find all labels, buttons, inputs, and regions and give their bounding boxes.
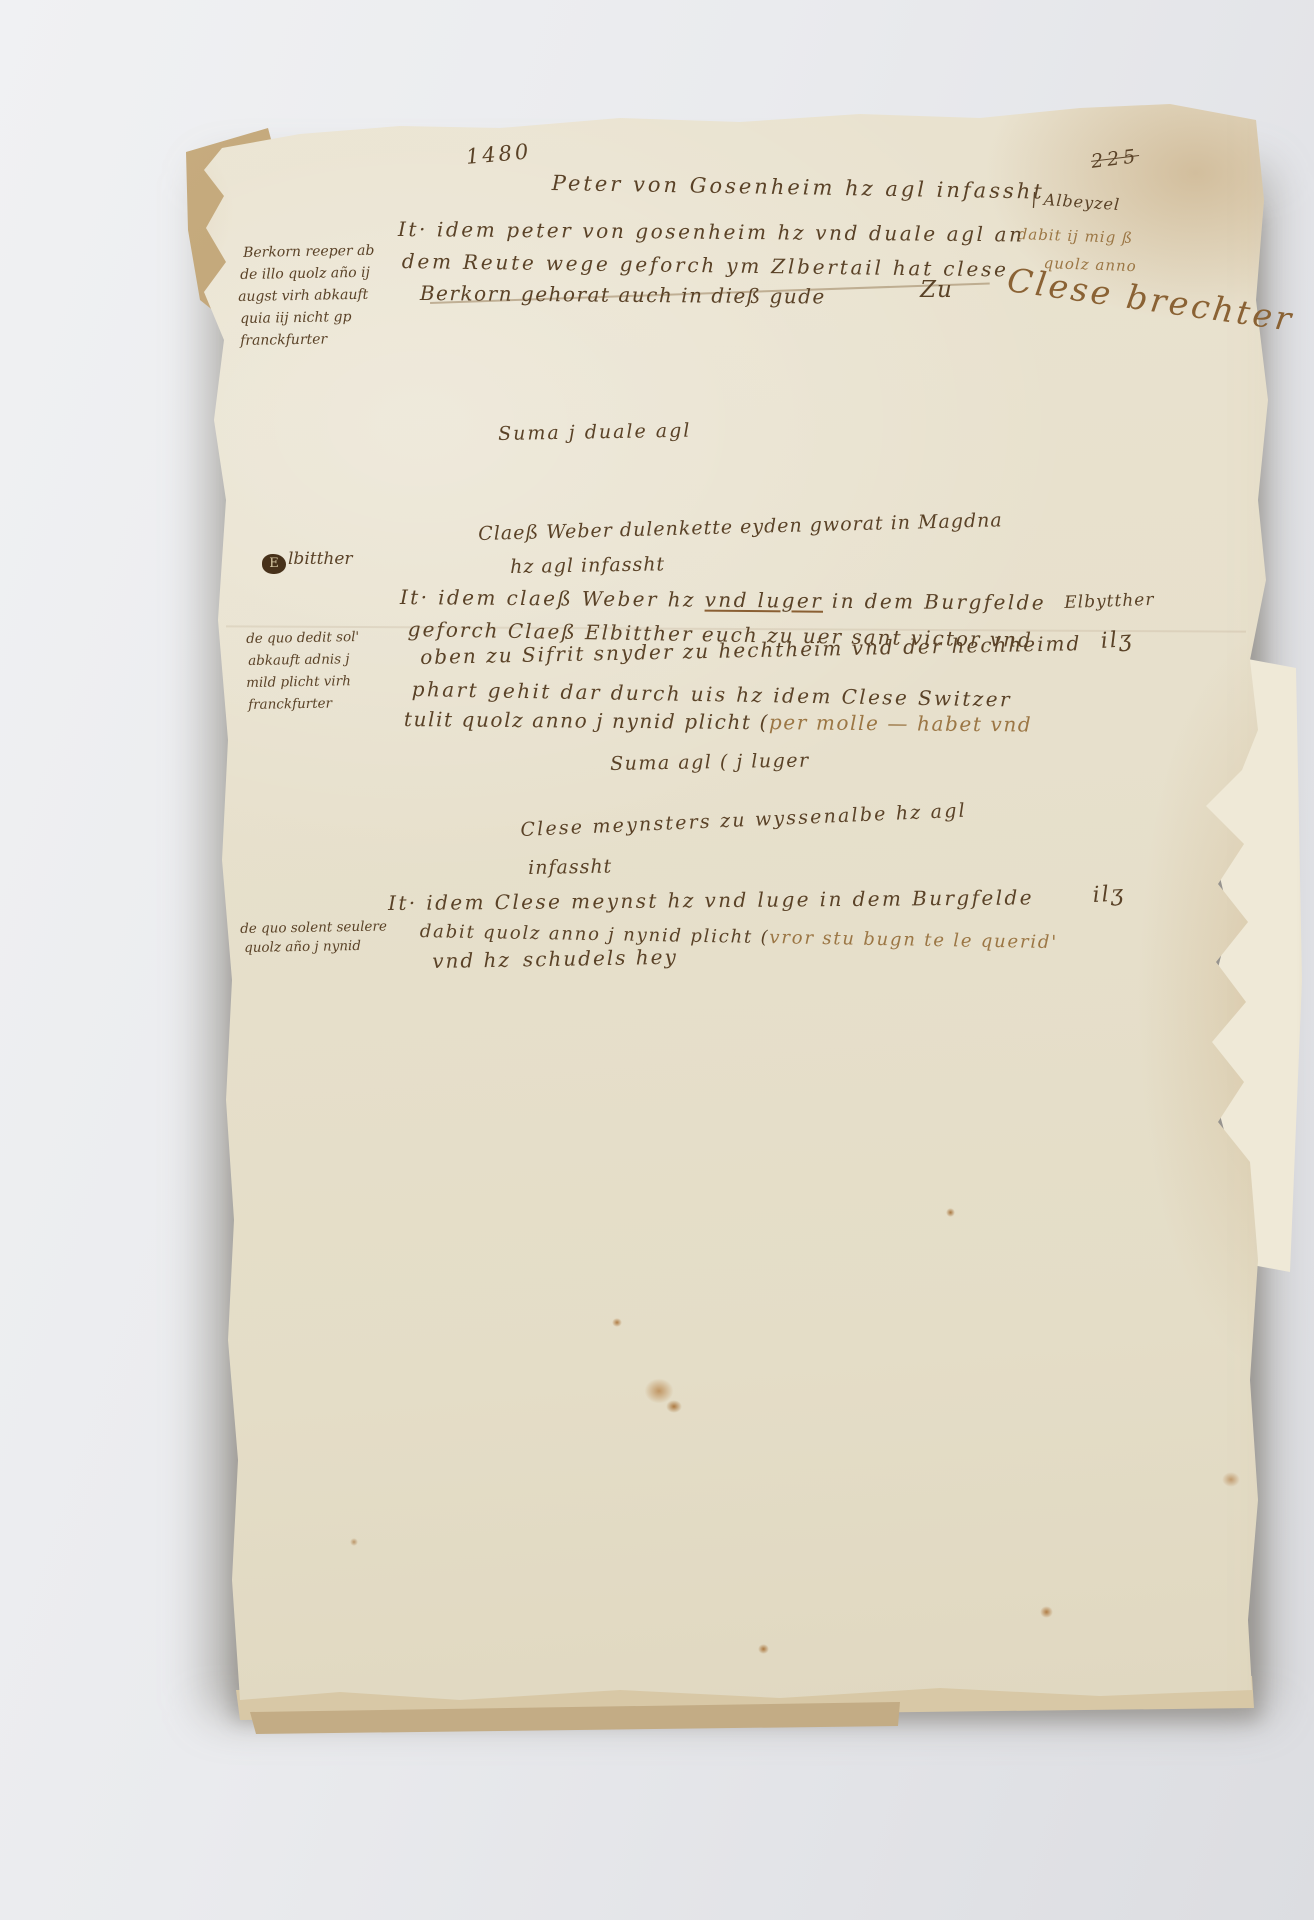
margin-note-line: franckfurter	[248, 697, 332, 713]
margin-note-line: de quo solent seulere	[240, 919, 387, 936]
margin-mark: ilʒ	[1100, 628, 1134, 654]
margin-name-text: lbitther	[288, 549, 353, 569]
entry-line: vnd hz schudels hey	[432, 946, 678, 972]
entry-line-part: tulit quolz anno j nynid plicht (	[404, 707, 769, 734]
margin-note-line: mild plicht virh	[246, 674, 351, 691]
fox-spot	[1040, 1606, 1053, 1618]
margin-note-line: abkauft adnis j	[248, 652, 350, 669]
margin-note-line: quolz año j nynid	[244, 939, 361, 956]
heading-line: infassht	[528, 857, 612, 879]
photograph-backdrop: 1480 Peter von Gosenheim hz agl infassht…	[0, 0, 1314, 1920]
light-ink-phrase: per molle — habet vnd	[769, 710, 1033, 736]
fox-spot	[946, 1208, 955, 1217]
margin-note-line: Berkorn reeper ab	[243, 244, 375, 262]
margin-note-line: de quo dedit sol'	[246, 630, 359, 647]
margin-note-line: de illo quolz año ij	[240, 266, 370, 284]
fox-spot	[350, 1538, 358, 1546]
fox-spot	[758, 1644, 769, 1654]
entry-line: tulit quolz anno j nynid plicht (per mol…	[404, 708, 1033, 735]
zu-inscription: Zu	[920, 278, 953, 303]
underlined-phrase: vnd luger	[705, 588, 824, 613]
margin-name: Elbitther	[262, 550, 353, 574]
entry-line-part: It· idem claeß Weber hz	[400, 585, 705, 612]
summa-line: Suma agl ( j luger	[610, 751, 810, 775]
margin-mark: ilʒ	[1092, 882, 1126, 908]
decorated-initial: E	[262, 554, 286, 574]
entry-line: It· idem claeß Weber hz vnd luger in dem…	[400, 586, 1046, 614]
margin-name-right: Elbytther	[1064, 591, 1155, 613]
heading-line: hz agl infassht	[510, 554, 665, 578]
entry-line: Berkorn gehorat auch in dieß gude	[420, 282, 826, 308]
corner-note: dabit ij mig ß	[1017, 226, 1133, 247]
margin-note-line: quia iij nicht gp	[240, 310, 352, 327]
entry-line: It· idem Clese meynst hz vnd luge in dem…	[388, 886, 1034, 914]
fox-spot	[666, 1400, 682, 1413]
fox-spot	[1222, 1472, 1240, 1487]
entry-line-part: in dem Burgfelde	[823, 589, 1046, 615]
entry-line: It· idem peter von gosenheim hz vnd dual…	[398, 218, 1025, 245]
margin-note-line: augst virh abkauft	[238, 288, 368, 306]
summa-line: Suma j duale agl	[498, 421, 692, 445]
fox-spot	[612, 1318, 622, 1327]
margin-note-line: franckfurter	[240, 332, 327, 349]
